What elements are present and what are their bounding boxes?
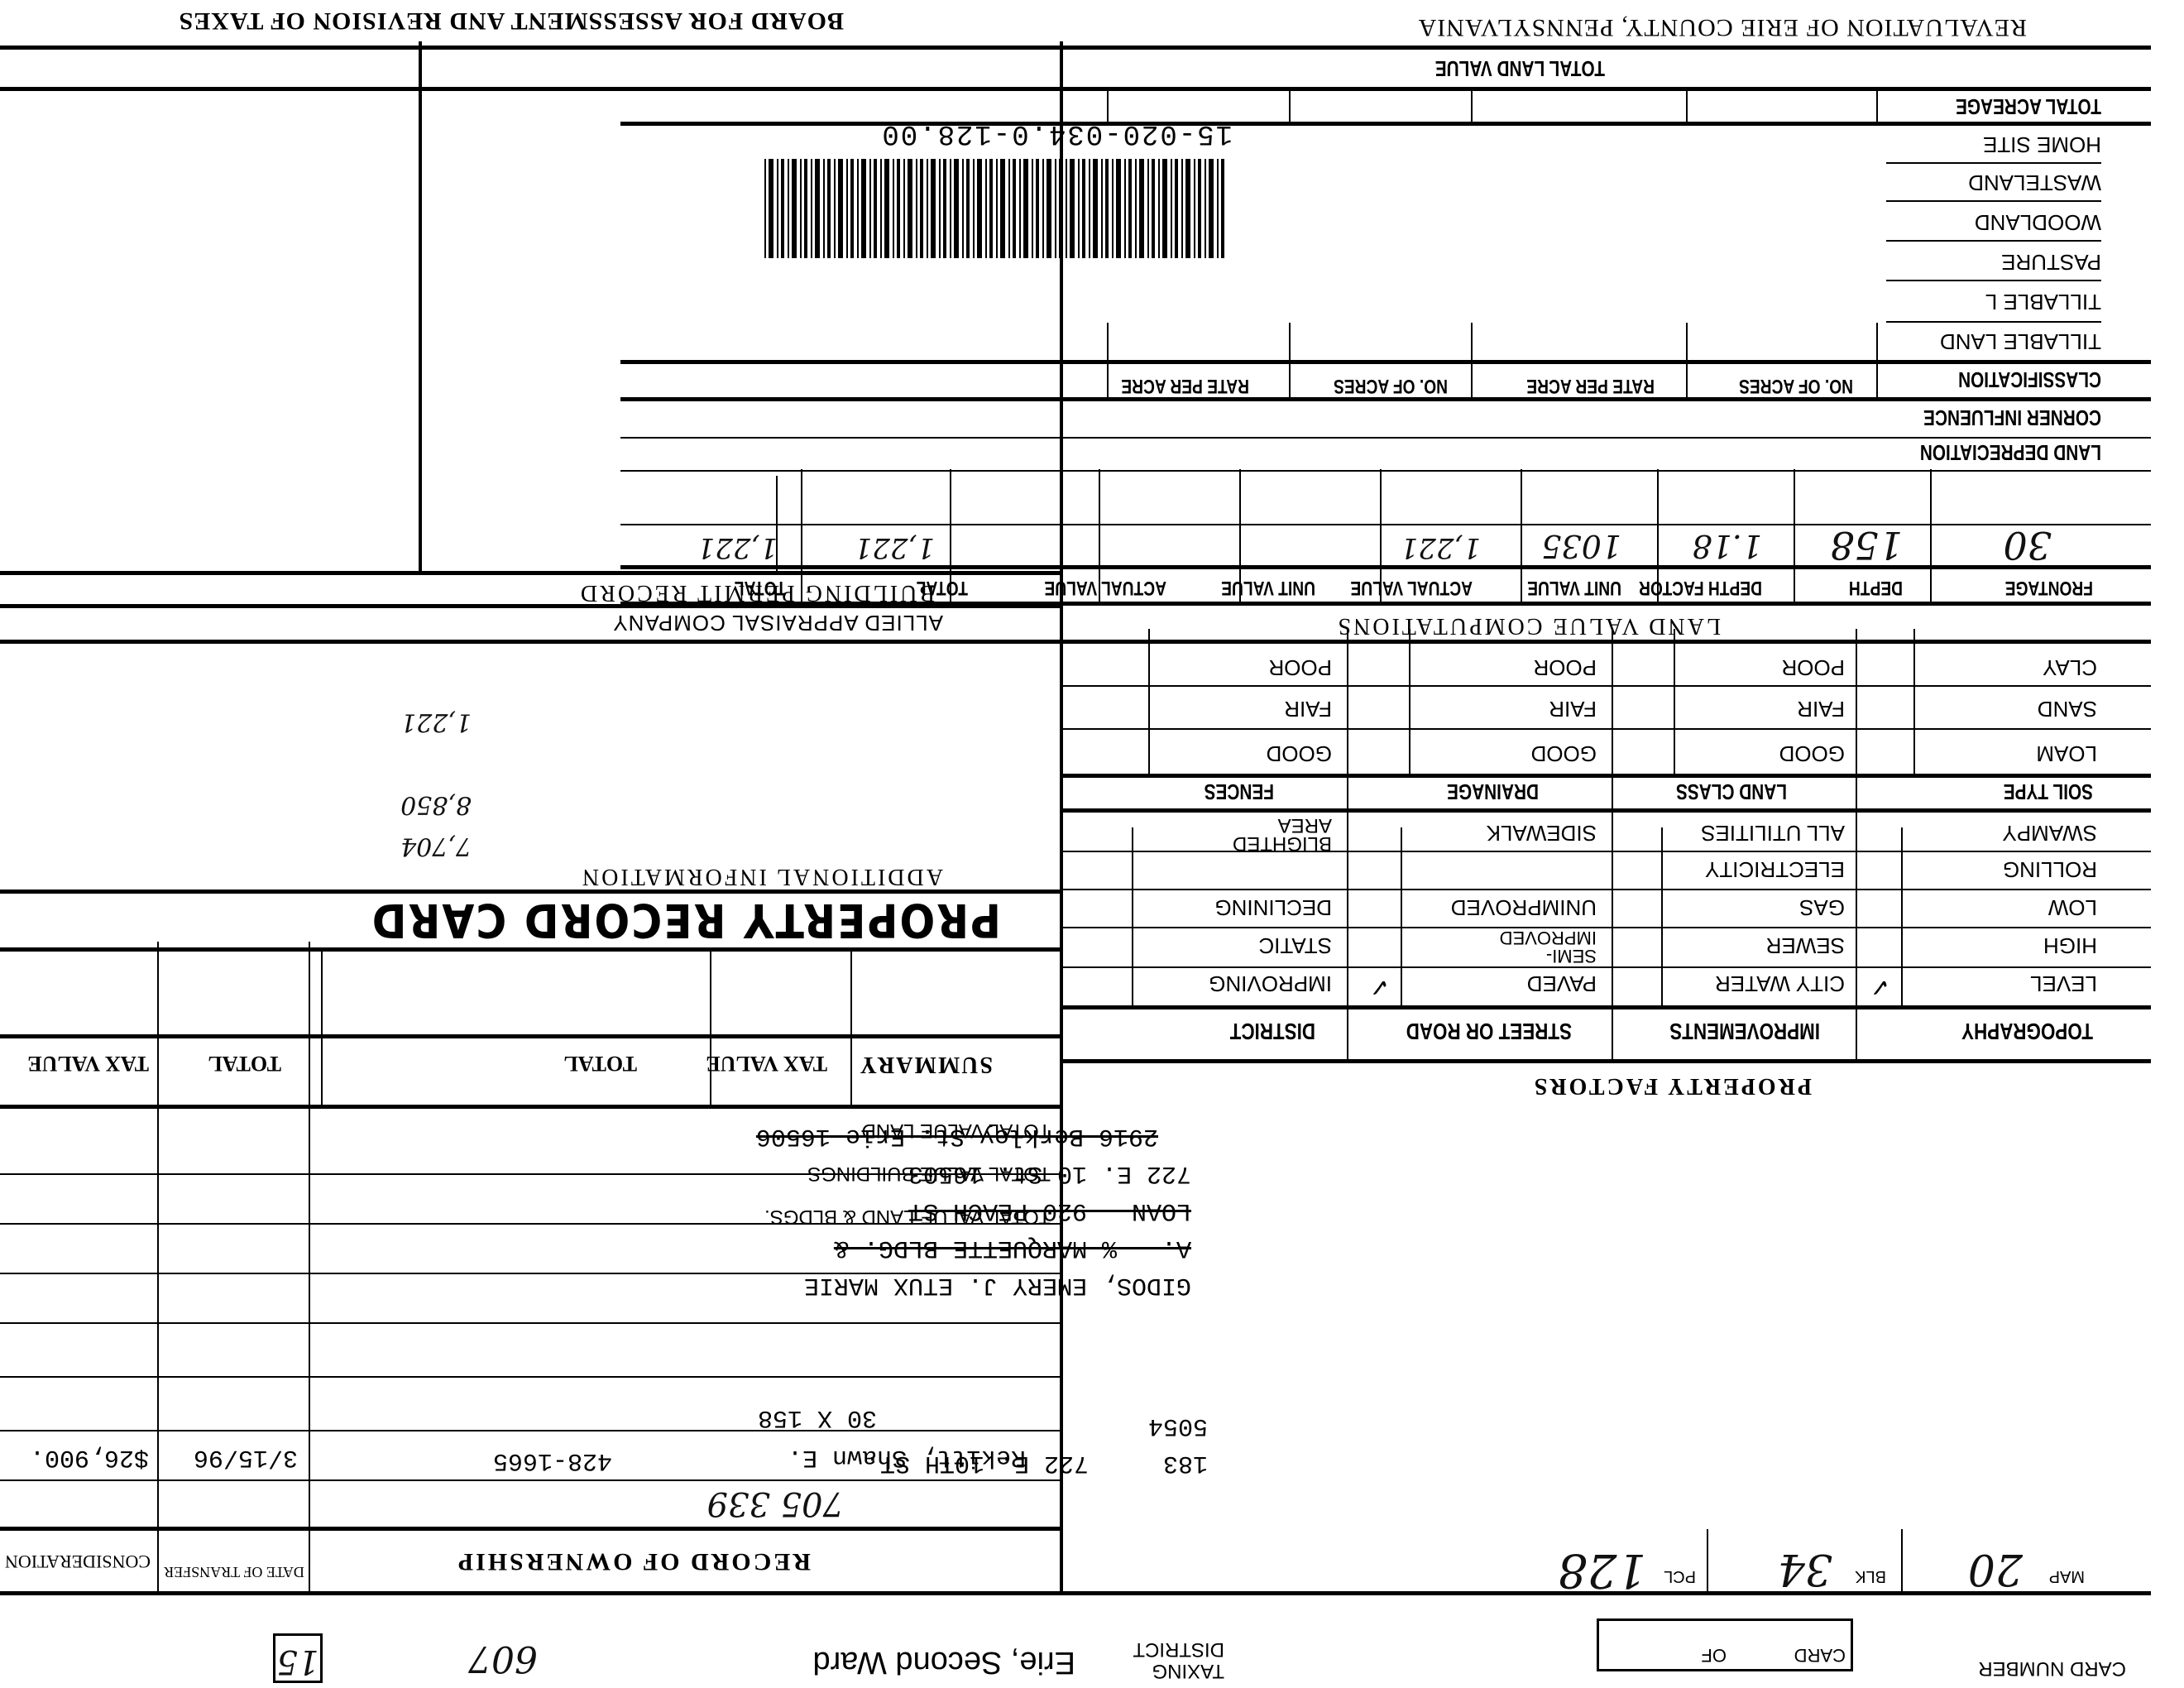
total-acreage-label: TOTAL ACREAGE bbox=[1956, 94, 2101, 119]
company-name: ALLIED APPRAISAL COMPANY bbox=[612, 610, 943, 635]
factor-electricity[interactable]: ELECTRICITY bbox=[1705, 856, 1845, 882]
divider bbox=[1063, 808, 2151, 813]
property-factors-title: PROPERTY FACTORS bbox=[1532, 1072, 1812, 1099]
col-topography: TOPOGRAPHY bbox=[1961, 1018, 2093, 1044]
divider bbox=[0, 640, 2151, 644]
factor-low[interactable]: LOW bbox=[2048, 894, 2097, 920]
boxed-number: 15 bbox=[273, 1633, 323, 1683]
land-class-fair[interactable]: FAIR bbox=[1797, 696, 1845, 722]
divider bbox=[0, 1034, 1063, 1038]
barcode bbox=[761, 159, 1224, 258]
divider bbox=[850, 952, 852, 1109]
col-drainage: DRAINAGE bbox=[1447, 779, 1539, 804]
land-class-good[interactable]: GOOD bbox=[1779, 741, 1845, 766]
handwritten-note: 7,704 bbox=[400, 832, 472, 861]
of-label: OF bbox=[1701, 1644, 1727, 1666]
row-line bbox=[0, 1376, 1063, 1378]
address-line: 5054 bbox=[1148, 1412, 1208, 1440]
divider bbox=[1674, 629, 1675, 778]
row-line bbox=[0, 1479, 1063, 1481]
consideration-label: CONSIDERATION bbox=[5, 1551, 151, 1572]
summary-row-land: TOTAL VALUE LAND bbox=[861, 1119, 1051, 1142]
divider bbox=[1686, 323, 1688, 401]
factor-swampy[interactable]: SWAMPY bbox=[2002, 820, 2097, 846]
row-line bbox=[1063, 728, 2151, 730]
acreage-pasture: PASTURE bbox=[2001, 249, 2101, 275]
summary-total-header: TOTAL bbox=[563, 1051, 637, 1076]
soil-loam[interactable]: LOAM bbox=[2036, 741, 2097, 766]
divider bbox=[1060, 41, 1063, 952]
row-line bbox=[1063, 966, 2151, 968]
divider bbox=[0, 890, 1063, 894]
additional-information-title: ADDITIONAL INFORMATION bbox=[580, 863, 943, 890]
unit-value-value: 1035 bbox=[1541, 528, 1621, 564]
soil-clay[interactable]: CLAY bbox=[2043, 655, 2097, 680]
check-paved[interactable]: ✓ bbox=[1369, 972, 1390, 1001]
county-title: REVALUATION OF ERIE COUNTY, PENNSYLVANIA bbox=[1418, 13, 2027, 41]
taxing-district-value: Erie, Second Ward bbox=[812, 1644, 1075, 1680]
acreage-woodland: WOODLAND bbox=[1975, 209, 2101, 235]
row-line bbox=[0, 1322, 1063, 1324]
col-actual-value: ACTUAL VALUE bbox=[1350, 576, 1473, 599]
divider bbox=[321, 952, 323, 1109]
divider bbox=[0, 1527, 1063, 1531]
soil-sand[interactable]: SAND bbox=[2038, 696, 2097, 722]
fences-fair[interactable]: FAIR bbox=[1284, 696, 1332, 722]
divider bbox=[1794, 469, 1795, 606]
handwritten-number: 607 bbox=[468, 1638, 538, 1680]
divider bbox=[1289, 89, 1291, 126]
divider bbox=[1930, 469, 1932, 606]
transfer-date: 3/15/96 bbox=[194, 1443, 298, 1471]
divider bbox=[1661, 827, 1663, 1009]
divider bbox=[1901, 1529, 1903, 1595]
factor-all-utilities[interactable]: ALL UTILITIES bbox=[1701, 820, 1845, 846]
check-level[interactable]: ✓ bbox=[1870, 972, 1890, 1001]
col-unit-value-2: UNIT VALUE bbox=[1221, 576, 1315, 599]
divider bbox=[157, 942, 159, 1595]
divider bbox=[1471, 323, 1473, 401]
card-title: PROPERTY RECORD CARD bbox=[371, 893, 1001, 947]
rate-per-acre-label-2: RATE PER ACRE bbox=[1121, 374, 1249, 397]
row-line bbox=[1063, 927, 2151, 928]
divider bbox=[1063, 774, 2151, 778]
card-of-box[interactable]: CARD OF bbox=[1597, 1618, 1853, 1671]
ownership-handwritten: 705 339 bbox=[707, 1484, 844, 1523]
divider bbox=[620, 397, 2151, 401]
divider bbox=[1063, 1059, 2151, 1063]
drainage-good[interactable]: GOOD bbox=[1531, 741, 1597, 766]
factor-blighted-area[interactable]: BLIGHTED AREA bbox=[1200, 816, 1332, 852]
divider bbox=[1239, 469, 1241, 606]
row-line bbox=[1886, 321, 2101, 323]
col-depth: DEPTH bbox=[1849, 576, 1903, 599]
row-line bbox=[1063, 889, 2151, 890]
acreage-wasteland: WASTELAND bbox=[1968, 170, 2101, 195]
divider bbox=[0, 1105, 1063, 1109]
blk-label: BLK bbox=[1855, 1566, 1886, 1585]
divider bbox=[620, 122, 2151, 126]
row-line bbox=[1886, 162, 2101, 164]
col-fences: FENCES bbox=[1205, 779, 1274, 804]
map-value: 20 bbox=[1968, 1544, 2023, 1594]
row-line bbox=[1886, 200, 2101, 202]
summary-tax-value-header: TAX VALUE bbox=[706, 1051, 827, 1076]
map-label: MAP bbox=[2049, 1566, 2085, 1585]
acreage-tillable-l: TILLABLE L bbox=[1985, 289, 2101, 314]
divider bbox=[620, 360, 2151, 364]
deed-book-page: 428-1665 bbox=[493, 1446, 612, 1475]
fences-good[interactable]: GOOD bbox=[1267, 741, 1332, 766]
building-permit-title: BUILDING PERMIT RECORD bbox=[578, 579, 935, 606]
divider bbox=[1876, 323, 1878, 401]
summary-title: SUMMARY bbox=[859, 1051, 993, 1077]
divider bbox=[1657, 469, 1659, 606]
divider bbox=[950, 469, 951, 606]
divider bbox=[0, 947, 1063, 952]
pcl-label: PCL bbox=[1664, 1566, 1696, 1585]
factor-paved[interactable]: PAVED bbox=[1527, 971, 1597, 996]
factor-sidewalk[interactable]: SIDEWALK bbox=[1487, 820, 1597, 846]
col-frontage: FRONTAGE bbox=[2005, 576, 2093, 599]
divider bbox=[1707, 1529, 1708, 1595]
acreage-tillable-land: TILLABLE LAND bbox=[1940, 328, 2101, 354]
handwritten-note: 1,221 bbox=[400, 707, 472, 736]
divider bbox=[0, 46, 2151, 50]
address-line-struck: A. - % MARQUETTE BLDG. & bbox=[834, 1234, 1191, 1262]
divider bbox=[1099, 469, 1100, 606]
blk-value: 34 bbox=[1778, 1544, 1832, 1594]
handwritten-note: 8,850 bbox=[400, 790, 472, 819]
divider bbox=[1063, 1005, 2151, 1009]
frontage-value: 30 bbox=[2003, 523, 2052, 568]
divider bbox=[0, 87, 2151, 91]
divider bbox=[620, 565, 2151, 569]
factor-level[interactable]: LEVEL bbox=[2030, 971, 2097, 996]
depth-value: 158 bbox=[1830, 523, 1903, 568]
divider bbox=[1686, 89, 1688, 126]
depth-factor-value: 1.18 bbox=[1692, 528, 1762, 564]
record-of-ownership-title: RECORD OF OWNERSHIP bbox=[456, 1547, 811, 1575]
factor-gas[interactable]: GAS bbox=[1799, 894, 1845, 920]
factor-unimproved[interactable]: UNIMPROVED bbox=[1451, 894, 1597, 920]
divider bbox=[1132, 827, 1133, 1009]
parcel-id: 15-020-034.0-128.00 bbox=[880, 117, 1233, 149]
land-class-poor[interactable]: POOR bbox=[1781, 655, 1845, 680]
rate-per-acre-label: RATE PER ACRE bbox=[1526, 374, 1655, 397]
divider bbox=[1856, 629, 1857, 1063]
divider bbox=[1060, 942, 1063, 1595]
lot-dimensions: 30 X 158 bbox=[758, 1403, 877, 1431]
col-improvements: IMPROVEMENTS bbox=[1669, 1018, 1820, 1044]
divider bbox=[1380, 469, 1382, 606]
land-value-computations-title: LAND VALUE COMPUTATIONS bbox=[1335, 612, 1721, 639]
factor-static[interactable]: STATIC bbox=[1258, 933, 1332, 958]
drainage-fair[interactable]: FAIR bbox=[1549, 696, 1597, 722]
divider bbox=[1107, 323, 1109, 401]
divider bbox=[1347, 629, 1348, 1063]
factor-sewer[interactable]: SEWER bbox=[1766, 933, 1845, 958]
row-line bbox=[0, 1430, 1063, 1431]
pcl-value: 128 bbox=[1558, 1543, 1646, 1597]
divider bbox=[1471, 89, 1473, 126]
divider bbox=[1148, 629, 1150, 778]
address-line: 183 722 E. 10TH ST. bbox=[865, 1449, 1208, 1477]
col-unit-value: UNIT VALUE bbox=[1527, 576, 1621, 599]
col-street-or-road: STREET OR ROAD bbox=[1406, 1018, 1572, 1044]
owner-name-line: GIDOS, EMERY J. ETUX MARIE bbox=[804, 1271, 1191, 1299]
consideration-value: $26,900. bbox=[30, 1443, 149, 1471]
divider bbox=[1107, 89, 1109, 126]
divider bbox=[1901, 827, 1903, 1009]
card-label: CARD bbox=[1794, 1644, 1846, 1666]
total-land-value-label: TOTAL LAND VALUE bbox=[1435, 55, 1605, 81]
divider bbox=[1521, 469, 1522, 606]
divider bbox=[710, 952, 711, 1109]
summary-row-land-bldgs: TOTAL VALUE LAND & BLDGS. bbox=[764, 1205, 1051, 1228]
board-title: BOARD FOR ASSESSMENT AND REVISION OF TAX… bbox=[179, 7, 844, 35]
land-depreciation-label: LAND DEPRECIATION bbox=[1920, 439, 2101, 465]
summary-row-buildings: TOTAL VALUE BUILDINGS bbox=[807, 1162, 1051, 1185]
classification-label: CLASSIFICATION bbox=[1958, 367, 2101, 392]
divider bbox=[1409, 629, 1410, 778]
factor-city-water[interactable]: CITY WATER bbox=[1715, 971, 1845, 996]
divider bbox=[776, 476, 778, 575]
row-line bbox=[1886, 280, 2101, 281]
col-district: DISTRICT bbox=[1230, 1018, 1315, 1044]
factor-semi-improved[interactable]: SEMI-IMPROVED bbox=[1464, 928, 1597, 965]
fences-poor[interactable]: POOR bbox=[1268, 655, 1332, 680]
corner-influence-label: CORNER INFLUENCE bbox=[1923, 405, 2101, 430]
acreage-home-site: HOME SITE bbox=[1983, 132, 2101, 157]
actual-value-value: 1,221 bbox=[1401, 531, 1481, 564]
divider bbox=[419, 41, 422, 575]
divider bbox=[1612, 629, 1613, 1063]
factor-declining[interactable]: DECLINING bbox=[1214, 894, 1332, 920]
row-line bbox=[620, 470, 2151, 472]
factor-improving[interactable]: IMPROVING bbox=[1209, 971, 1332, 996]
no-of-acres-label-2: NO. OF ACRES bbox=[1334, 374, 1448, 397]
total-value: 1,221 bbox=[855, 531, 935, 564]
property-record-card: CARD NUMBER CARD OF TAXING DISTRICT Erie… bbox=[0, 0, 2184, 1688]
divider bbox=[1401, 827, 1402, 1009]
col-land-class: LAND CLASS bbox=[1676, 779, 1787, 804]
total-value-2: 1,221 bbox=[697, 531, 778, 564]
factor-high[interactable]: HIGH bbox=[2043, 933, 2097, 958]
summary-tax-value-header: TAX VALUE bbox=[27, 1051, 149, 1076]
col-soil-type: SOIL TYPE bbox=[2004, 779, 2093, 804]
row-line bbox=[1886, 240, 2101, 242]
divider bbox=[1289, 323, 1291, 401]
divider bbox=[309, 942, 310, 1595]
row-line bbox=[620, 437, 2151, 439]
divider bbox=[0, 571, 1063, 575]
row-line bbox=[1063, 685, 2151, 687]
taxing-district-label: TAXING DISTRICT bbox=[1100, 1638, 1224, 1681]
row-line bbox=[620, 524, 2151, 525]
card-number-label: CARD NUMBER bbox=[1978, 1658, 2126, 1678]
no-of-acres-label: NO. OF ACRES bbox=[1739, 374, 1853, 397]
factor-rolling[interactable]: ROLLING bbox=[2003, 856, 2097, 882]
drainage-poor[interactable]: POOR bbox=[1533, 655, 1597, 680]
divider bbox=[1876, 89, 1878, 126]
summary-total-header: TOTAL bbox=[208, 1051, 281, 1076]
date-of-transfer-label: DATE OF TRANSFER bbox=[164, 1564, 304, 1580]
divider bbox=[1913, 629, 1915, 778]
